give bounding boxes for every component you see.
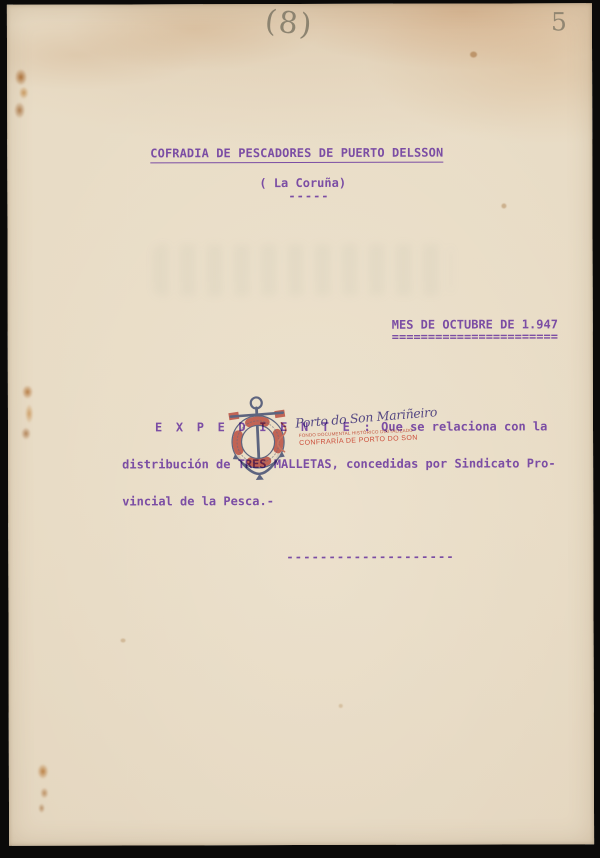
anchor-lifebuoy-icon bbox=[220, 392, 296, 489]
separator-dashes: -------------------- bbox=[286, 550, 455, 564]
handwritten-folio-number: 5 bbox=[551, 7, 567, 36]
rust-stain-mid-left bbox=[10, 383, 42, 445]
handwritten-page-number: (8) bbox=[263, 4, 315, 44]
paper-speck bbox=[501, 203, 506, 208]
date-underline: ======================= bbox=[392, 329, 558, 343]
paper-speck bbox=[339, 704, 343, 708]
archive-stamp: Porto do Son Mariñeiro FONDO DOCUMENTAL … bbox=[220, 384, 425, 495]
subtitle-underline-dashes: ----- bbox=[288, 189, 329, 203]
stamp-script-text: Porto do Son Mariñeiro bbox=[295, 404, 438, 430]
document-subtitle: ( La Coruña) bbox=[259, 176, 346, 190]
document-title: COFRADIA DE PESCADORES DE PUERTO DELSSON bbox=[150, 146, 443, 164]
rust-stain-top-left bbox=[4, 67, 32, 125]
paper-speck bbox=[121, 638, 126, 642]
scanned-document-page: (8) 5 COFRADIA DE PESCADORES DE PUERTO D… bbox=[7, 3, 594, 846]
paper-speck bbox=[470, 52, 477, 58]
bleed-through-imprint bbox=[153, 244, 453, 297]
rust-stain-bottom-left bbox=[29, 761, 57, 815]
